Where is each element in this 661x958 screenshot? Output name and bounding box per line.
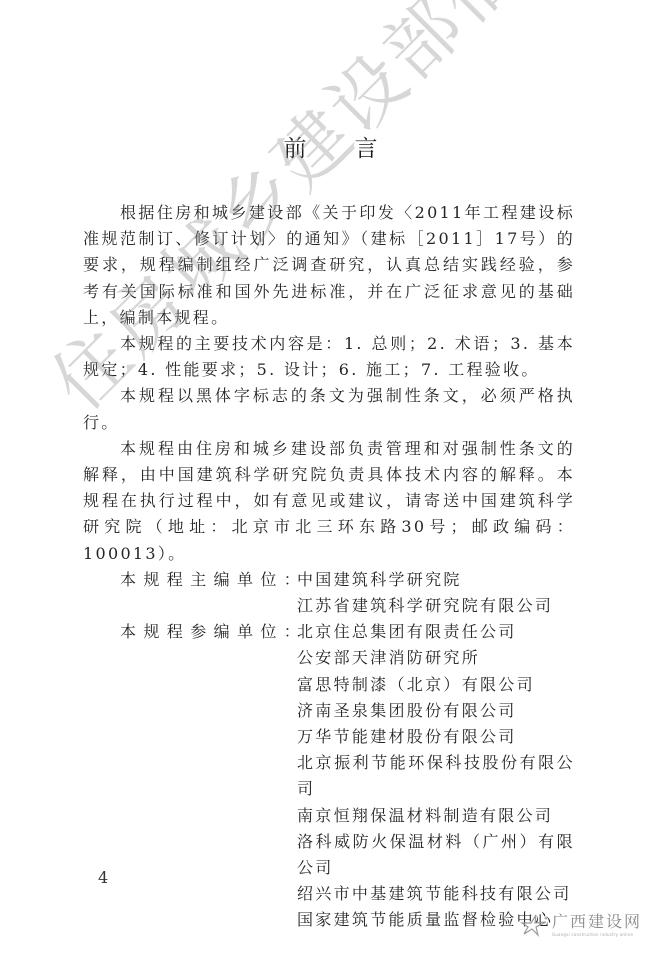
participating-editors-label: 本规程参编单位： bbox=[83, 619, 297, 645]
paragraph-management: 本规程由住房和城乡建设部负责管理和对强制性条文的解释，由中国建筑科学研究院负责具… bbox=[83, 436, 575, 567]
logo-subtitle: Guangxi construction industry online bbox=[552, 933, 642, 937]
paragraph-mandatory: 本规程以黑体字标志的条文为强制性条文，必须严格执行。 bbox=[83, 383, 575, 435]
list-item: 富思特制漆（北京）有限公司 bbox=[297, 672, 575, 698]
participating-editors-list: 北京住总集团有限责任公司 公安部天津消防研究所 富思特制漆（北京）有限公司 济南… bbox=[297, 619, 575, 933]
list-item: 万华节能建材股份有限公司 bbox=[297, 724, 575, 750]
chief-editors-label: 本规程主编单位： bbox=[83, 567, 297, 593]
document-body: 根据住房和城乡建设部《关于印发〈2011年工程建设标准规范制订、修订计划〉的通知… bbox=[83, 200, 575, 934]
document-page: 前言 根据住房和城乡建设部《关于印发〈2011年工程建设标准规范制订、修订计划〉… bbox=[0, 0, 661, 958]
list-item: 济南圣泉集团股份有限公司 bbox=[297, 698, 575, 724]
list-item: 江苏省建筑科学研究院有限公司 bbox=[297, 593, 575, 619]
list-item: 北京振利节能环保科技股份有限公司 bbox=[297, 750, 575, 802]
chief-editors-section: 本规程主编单位： 中国建筑科学研究院 江苏省建筑科学研究院有限公司 bbox=[83, 567, 575, 619]
paragraph-main-content: 本规程的主要技术内容是：1. 总则；2. 术语；3. 基本规定；4. 性能要求；… bbox=[83, 331, 575, 383]
list-item: 北京住总集团有限责任公司 bbox=[297, 619, 575, 645]
page-number: 4 bbox=[98, 868, 108, 887]
paragraph-preface: 根据住房和城乡建设部《关于印发〈2011年工程建设标准规范制订、修订计划〉的通知… bbox=[83, 200, 575, 331]
star-icon bbox=[520, 913, 548, 937]
logo-title: 广西建设网 bbox=[552, 914, 642, 930]
chief-editors-list: 中国建筑科学研究院 江苏省建筑科学研究院有限公司 bbox=[297, 567, 575, 619]
list-item: 南京恒翔保温材料制造有限公司 bbox=[297, 803, 575, 829]
site-logo: 广西建设网 Guangxi construction industry onli… bbox=[520, 905, 650, 945]
list-item: 洛科威防火保温材料（广州）有限公司 bbox=[297, 829, 575, 881]
page-title: 前言 bbox=[0, 134, 661, 164]
participating-editors-section: 本规程参编单位： 北京住总集团有限责任公司 公安部天津消防研究所 富思特制漆（北… bbox=[83, 619, 575, 933]
list-item: 中国建筑科学研究院 bbox=[297, 567, 575, 593]
list-item: 公安部天津消防研究所 bbox=[297, 645, 575, 671]
list-item: 绍兴市中基建筑节能科技有限公司 bbox=[297, 881, 575, 907]
